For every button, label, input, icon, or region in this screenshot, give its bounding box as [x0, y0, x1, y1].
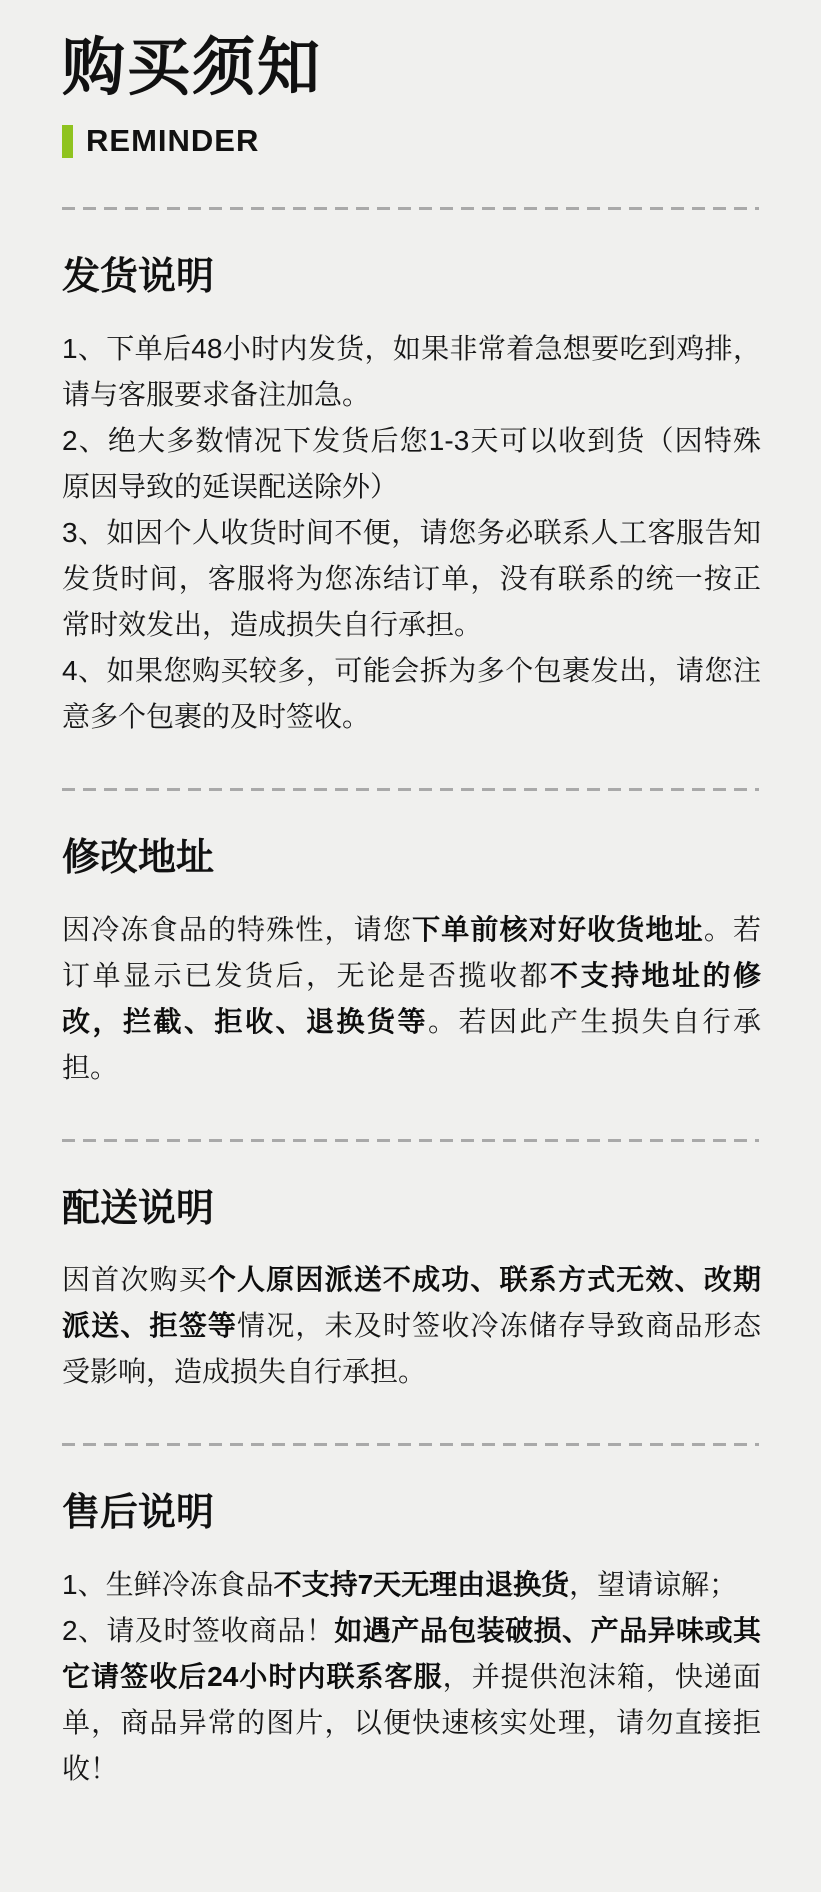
page-title: 购买须知 — [62, 34, 761, 103]
text-run-bold: 下单前核对好收货地址 — [412, 914, 704, 945]
text-run: 4、如果您购买较多，可能会拆为多个包裹发出，请您注意多个包裹的及时签收。 — [62, 655, 761, 732]
purchase-notice-page: 购买须知 REMINDER 发货说明1、下单后48小时内发货，如果非常着急想要吃… — [0, 0, 821, 1892]
section-paragraph: 2、请及时签收商品！如遇产品包装破损、产品异味或其它请签收后24小时内联系客服，… — [62, 1608, 761, 1792]
text-run: 因首次购买 — [62, 1264, 208, 1295]
section-divider — [62, 1139, 759, 1142]
text-run: 1、生鲜冷冻食品 — [62, 1569, 274, 1600]
sections-container: 发货说明1、下单后48小时内发货，如果非常着急想要吃到鸡排，请与客服要求备注加急… — [62, 207, 761, 1792]
section-paragraph: 因首次购买个人原因派送不成功、联系方式无效、改期派送、拒签等情况，未及时签收冷冻… — [62, 1257, 761, 1395]
page-header: 购买须知 REMINDER — [62, 34, 761, 159]
section-paragraph: 1、生鲜冷冻食品不支持7天无理由退换货，望请谅解； — [62, 1562, 761, 1608]
section-heading: 售后说明 — [62, 1492, 761, 1536]
section-divider — [62, 207, 759, 210]
text-run: 因冷冻食品的特殊性，请您 — [62, 914, 412, 945]
section-paragraph: 1、下单后48小时内发货，如果非常着急想要吃到鸡排，请与客服要求备注加急。 — [62, 326, 761, 418]
text-run: 1、下单后48小时内发货，如果非常着急想要吃到鸡排，请与客服要求备注加急。 — [62, 333, 761, 410]
page-subtitle: REMINDER — [86, 123, 259, 159]
section-paragraph: 因冷冻食品的特殊性，请您下单前核对好收货地址。若订单显示已发货后，无论是否揽收都… — [62, 907, 761, 1091]
text-run-bold: 不支持7天无理由退换货 — [274, 1569, 570, 1600]
text-run: 2、请及时签收商品！ — [62, 1615, 334, 1646]
accent-bar-icon — [62, 125, 73, 158]
text-run: 3、如因个人收货时间不便，请您务必联系人工客服告知发货时间，客服将为您冻结订单，… — [62, 517, 761, 640]
section-divider — [62, 788, 759, 791]
subtitle-row: REMINDER — [62, 123, 761, 159]
text-run: 2、绝大多数情况下发货后您1-3天可以收到货（因特殊原因导致的延误配送除外） — [62, 425, 761, 502]
section-paragraph: 3、如因个人收货时间不便，请您务必联系人工客服告知发货时间，客服将为您冻结订单，… — [62, 510, 761, 648]
section-paragraph: 2、绝大多数情况下发货后您1-3天可以收到货（因特殊原因导致的延误配送除外） — [62, 418, 761, 510]
section-heading: 配送说明 — [62, 1188, 761, 1232]
section-heading: 发货说明 — [62, 256, 761, 300]
section-paragraph: 4、如果您购买较多，可能会拆为多个包裹发出，请您注意多个包裹的及时签收。 — [62, 648, 761, 740]
section-heading: 修改地址 — [62, 837, 761, 881]
text-run: ，望请谅解； — [569, 1569, 737, 1600]
section-divider — [62, 1443, 759, 1446]
